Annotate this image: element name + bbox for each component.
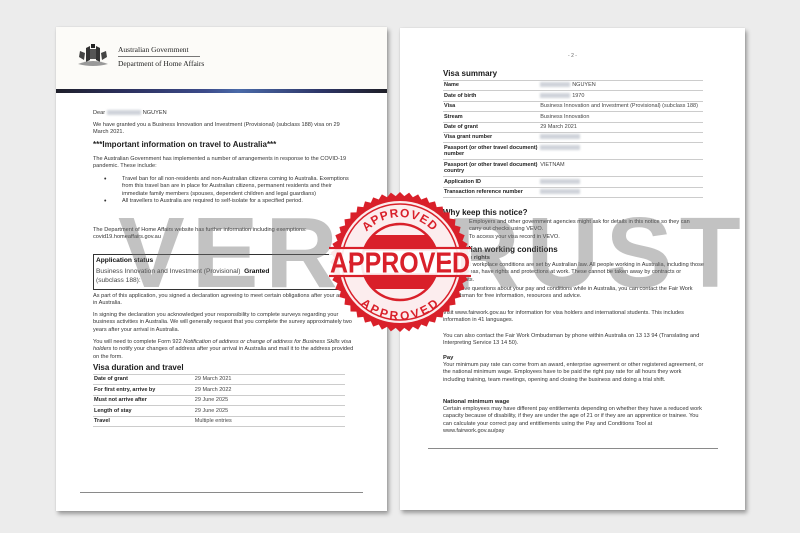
- row-value: [539, 187, 703, 197]
- row-value: 29 March 2021: [194, 375, 345, 385]
- pay-text: Your minimum pay rate can come from an a…: [443, 362, 705, 384]
- row-value: VIETNAM: [539, 160, 703, 177]
- redacted-given-name: [107, 110, 141, 115]
- list-item: Employers and other government agencies …: [447, 219, 702, 234]
- table-row: Date of grant29 March 2021: [443, 122, 703, 132]
- working-conditions-title: Australian working conditions: [443, 245, 558, 254]
- department-name: Department of Home Affairs: [118, 59, 204, 68]
- row-label: Application ID: [443, 177, 539, 187]
- table-row: Visa grant number: [443, 132, 703, 142]
- row-value: [539, 143, 703, 160]
- national-minimum-wage-text: Certain employees may have different pay…: [443, 406, 705, 436]
- redacted-value: [540, 93, 570, 98]
- row-label: Name: [443, 81, 539, 91]
- visa-duration-table: Date of grant29 March 2021For first entr…: [93, 374, 345, 427]
- covid-intro: The Australian Government has implemente…: [93, 156, 351, 171]
- pay-title: Pay: [443, 355, 453, 361]
- covid-bullets: Travel ban for all non-residents and non…: [100, 176, 350, 206]
- visa-summary-title: Visa summary: [443, 69, 497, 78]
- row-label: Visa: [443, 101, 539, 111]
- important-heading: ***Important information on travel to Au…: [93, 140, 276, 149]
- list-item: Travel ban for all non-residents and non…: [100, 176, 350, 198]
- row-value: 29 June 2025: [194, 406, 345, 416]
- row-label: Stream: [443, 112, 539, 122]
- redacted-value: [540, 134, 580, 139]
- redacted-value: [540, 189, 580, 194]
- header-band: [56, 89, 387, 93]
- phone-text: You can also contact the Fair Work Ombud…: [443, 333, 705, 348]
- website-info: The Department of Home Affairs website h…: [93, 227, 351, 242]
- table-row: Date of grant29 March 2021: [93, 375, 345, 385]
- row-value: Business Innovation and Investment (Prov…: [539, 101, 703, 111]
- visa-summary-table: NameNGUYENDate of birth1970VisaBusiness …: [443, 80, 703, 198]
- row-label: Transaction reference number: [443, 187, 539, 197]
- table-row: Transaction reference number: [443, 187, 703, 197]
- row-value: NGUYEN: [539, 81, 703, 91]
- list-item: All travellers to Australia are required…: [100, 198, 350, 205]
- why-keep-bullets: Employers and other government agencies …: [447, 219, 702, 241]
- header-divider: [118, 56, 200, 57]
- redacted-value: [540, 82, 570, 87]
- row-label: Date of grant: [443, 122, 539, 132]
- table-row: VisaBusiness Innovation and Investment (…: [443, 101, 703, 111]
- row-label: Passport (or other travel document) coun…: [443, 160, 539, 177]
- workplace-rights-title: Workplace rights: [443, 255, 490, 261]
- salutation: Dear NGUYEN: [93, 110, 167, 117]
- surveys-paragraph: In signing the declaration you acknowled…: [93, 312, 355, 334]
- visit-text: Visit www.fairwork.gov.au for informatio…: [443, 310, 705, 325]
- footer-rule: [428, 448, 718, 449]
- table-row: Application ID: [443, 177, 703, 187]
- national-minimum-wage-title: National minimum wage: [443, 399, 509, 405]
- row-label: Visa grant number: [443, 132, 539, 142]
- letterhead: Australian Government Department of Home…: [56, 27, 387, 89]
- government-name: Australian Government: [118, 45, 189, 54]
- page-number: - 2 -: [400, 53, 745, 59]
- why-keep-title: Why keep this notice?: [443, 208, 527, 217]
- application-status-title: Application status: [96, 257, 153, 264]
- table-row: Passport (or other travel document) numb…: [443, 143, 703, 160]
- row-value: [539, 132, 703, 142]
- table-row: NameNGUYEN: [443, 81, 703, 91]
- row-value: 29 June 2025: [194, 395, 345, 405]
- row-label: For first entry, arrive by: [93, 385, 194, 395]
- application-status-box: Application status Business Innovation a…: [93, 254, 350, 290]
- row-label: Date of birth: [443, 91, 539, 101]
- row-value: Multiple entries: [194, 416, 345, 426]
- visa-grant-letter-page-1: Australian Government Department of Home…: [56, 27, 387, 511]
- footer-rule: [80, 492, 363, 493]
- workplace-rights-text: Wages and workplace conditions are set b…: [443, 262, 705, 284]
- row-value: 29 March 2021: [539, 122, 703, 132]
- table-row: Passport (or other travel document) coun…: [443, 160, 703, 177]
- application-status-value: Business Innovation and Investment (Prov…: [96, 267, 346, 285]
- table-row: StreamBusiness Innovation: [443, 112, 703, 122]
- row-label: Length of stay: [93, 406, 194, 416]
- declaration-paragraph: As part of this application, you signed …: [93, 293, 355, 308]
- row-label: Must not arrive after: [93, 395, 194, 405]
- row-value: [539, 177, 703, 187]
- questions-text: If you have questions about your pay and…: [443, 286, 705, 301]
- list-item: To access your visa record in VEVO.: [447, 234, 702, 241]
- table-row: Must not arrive after29 June 2025: [93, 395, 345, 405]
- visa-grant-letter-page-2: - 2 - Visa summary NameNGUYENDate of bir…: [400, 28, 745, 510]
- status-badge: Granted: [244, 268, 269, 275]
- redacted-value: [540, 179, 580, 184]
- row-label: Passport (or other travel document) numb…: [443, 143, 539, 160]
- table-row: Date of birth1970: [443, 91, 703, 101]
- row-label: Travel: [93, 416, 194, 426]
- form-922-paragraph: You will need to complete Form 922 Notif…: [93, 339, 355, 361]
- visa-duration-title: Visa duration and travel: [93, 363, 184, 372]
- row-label: Date of grant: [93, 375, 194, 385]
- table-row: For first entry, arrive by29 March 2022: [93, 385, 345, 395]
- row-value: 1970: [539, 91, 703, 101]
- table-row: Length of stay29 June 2025: [93, 406, 345, 416]
- intro-paragraph: We have granted you a Business Innovatio…: [93, 122, 351, 137]
- row-value: 29 March 2022: [194, 385, 345, 395]
- australian-coat-of-arms-icon: [76, 40, 110, 70]
- row-value: Business Innovation: [539, 112, 703, 122]
- table-row: TravelMultiple entries: [93, 416, 345, 426]
- redacted-value: [540, 145, 580, 150]
